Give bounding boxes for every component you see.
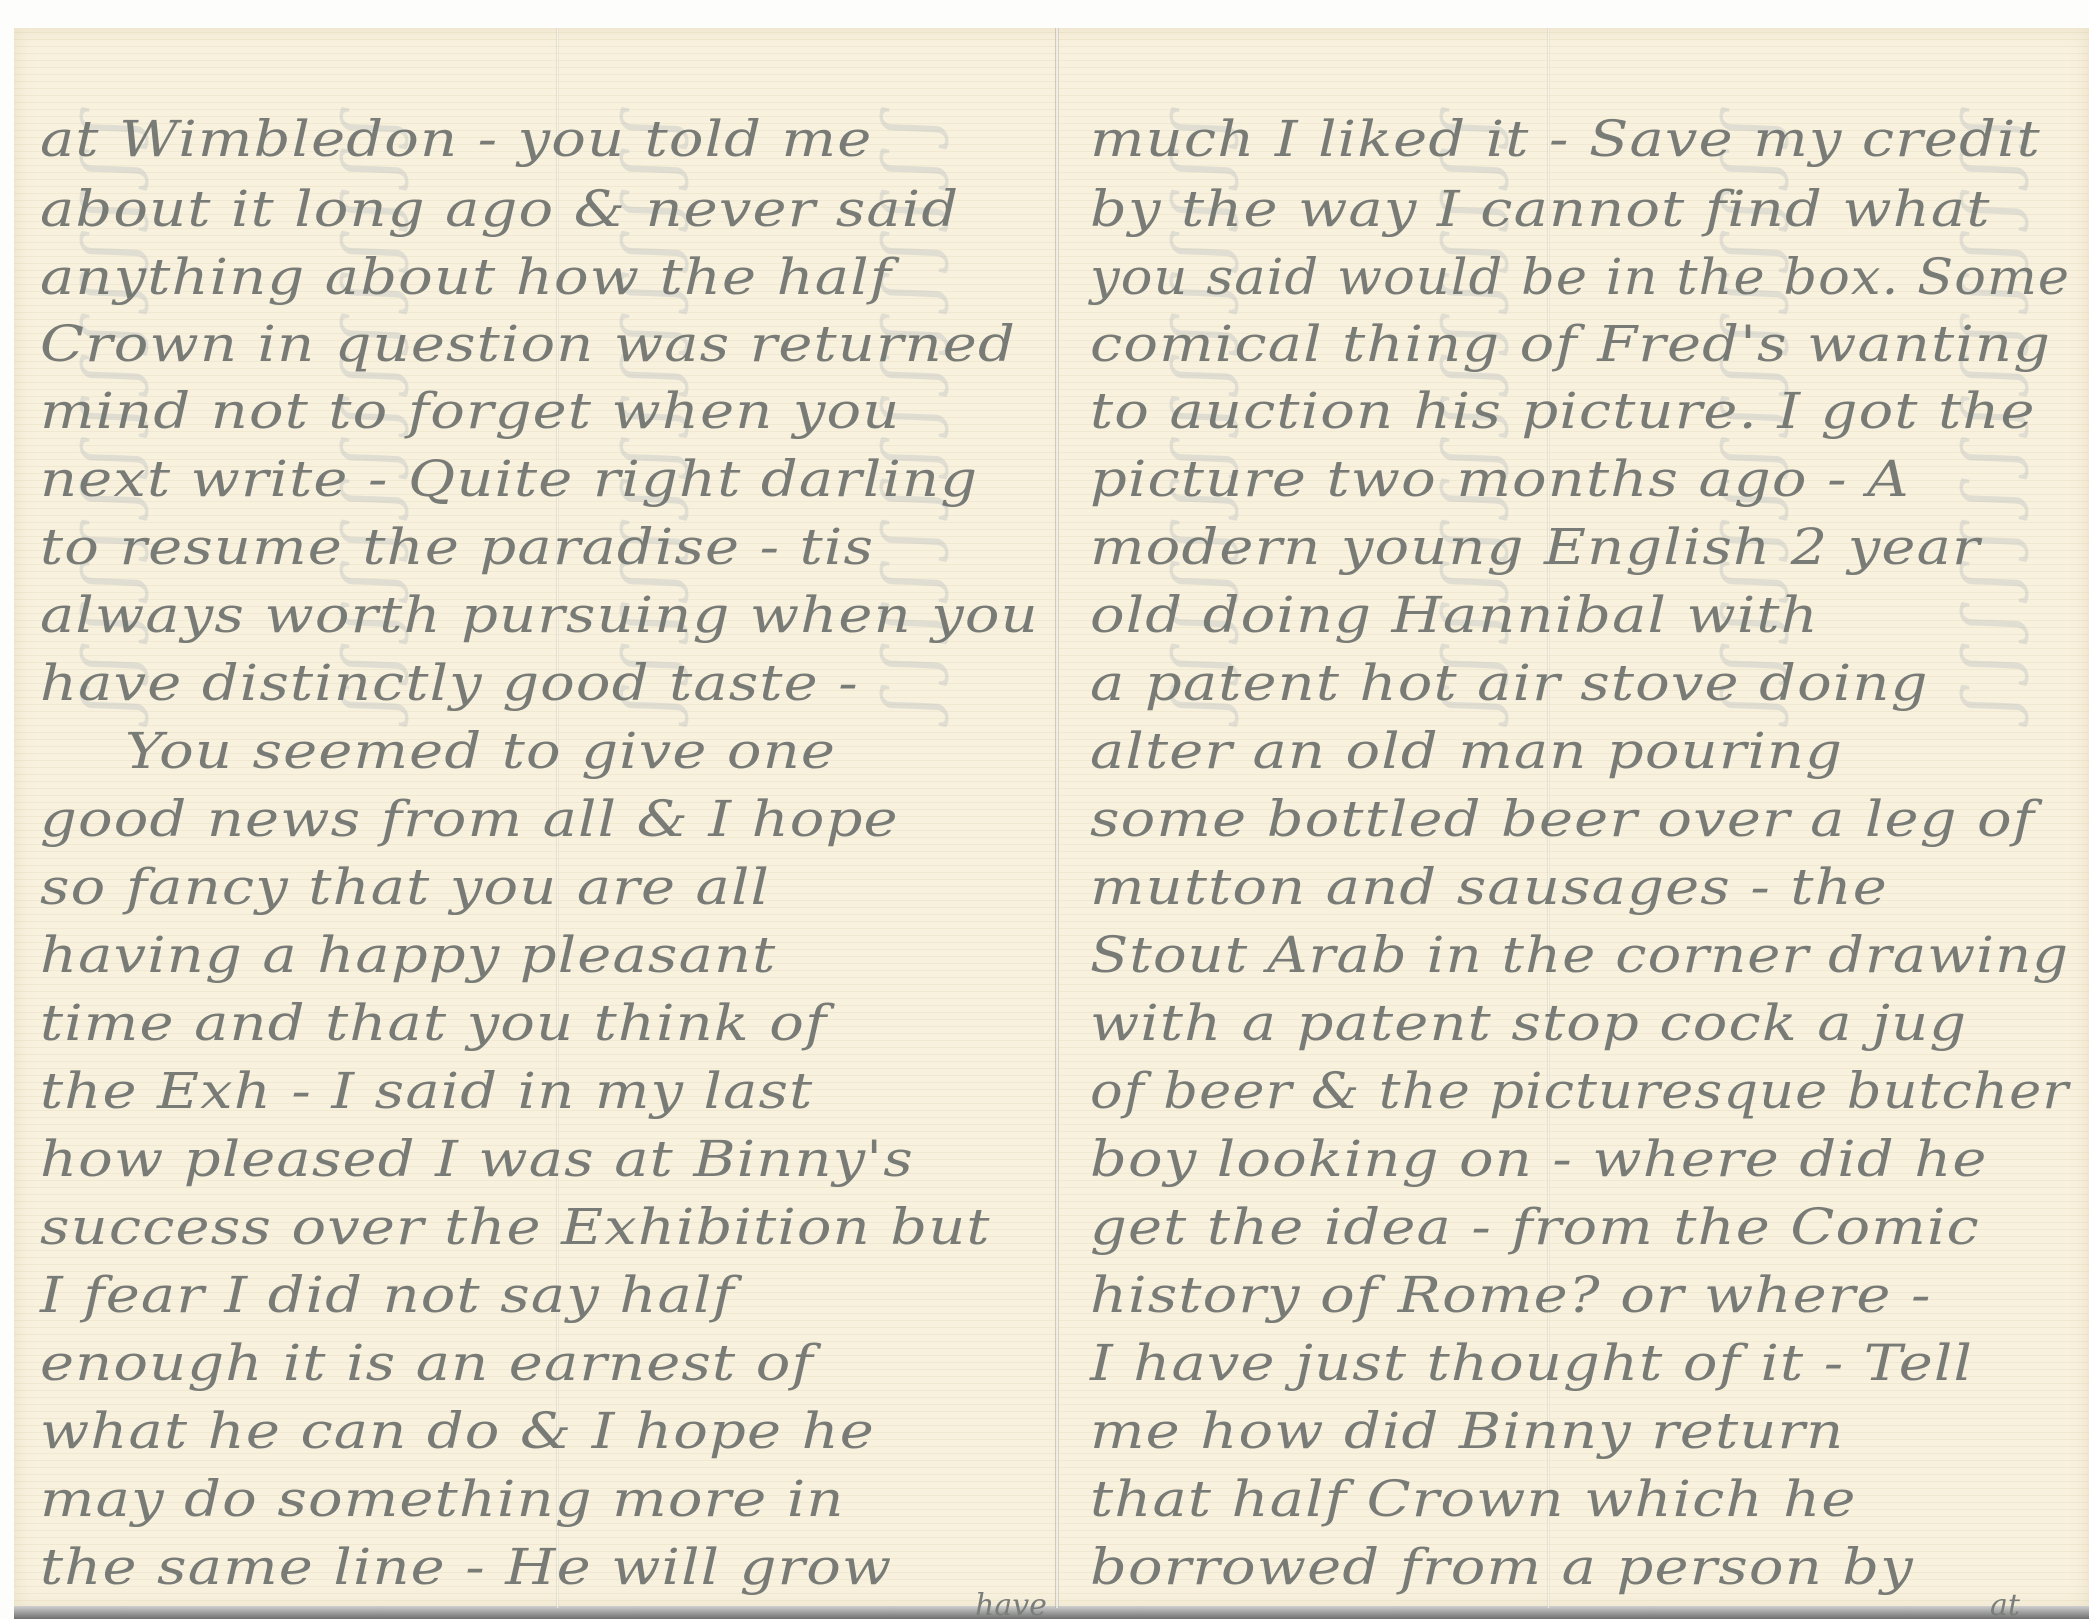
handwritten-line: a patent hot air stove doing (1090, 654, 1929, 712)
handwritten-line: enough it is an earnest of (40, 1334, 814, 1392)
paper-center-fold (1055, 28, 1059, 1608)
scan-bottom-edge (14, 1606, 2089, 1619)
handwritten-line: time and that you think of (40, 994, 827, 1052)
handwritten-line: success over the Exhibition but (40, 1198, 991, 1256)
handwritten-line: old doing Hannibal with (1090, 586, 1819, 644)
handwritten-line: Crown in question was returned (40, 315, 1016, 373)
handwritten-line: next write - Quite right darling (40, 450, 978, 508)
handwritten-line: of beer & the picturesque butcher (1090, 1062, 2069, 1120)
handwritten-line: comical thing of Fred's wanting (1090, 315, 2051, 373)
handwritten-line: boy looking on - where did he (1090, 1130, 1988, 1188)
handwritten-line: at Wimbledon - you told me (40, 110, 872, 168)
handwritten-line: borrowed from a person by (1090, 1538, 1914, 1596)
handwritten-line: by the way I cannot find what (1090, 180, 1991, 238)
handwritten-line: some bottled beer over a leg of (1090, 790, 2035, 848)
handwritten-line: the same line - He will grow (40, 1538, 892, 1596)
handwritten-line: anything about how the half (40, 248, 892, 306)
handwritten-line: get the idea - from the Comic (1090, 1198, 1980, 1256)
handwritten-line: about it long ago & never said (40, 180, 959, 238)
handwritten-line: modern young English 2 year (1090, 518, 1981, 576)
handwritten-line: having a happy pleasant (40, 926, 776, 984)
handwritten-line: that half Crown which he (1090, 1470, 1857, 1528)
handwritten-line: the Exh - I said in my last (40, 1062, 813, 1120)
handwritten-line: I have just thought of it - Tell (1090, 1334, 1973, 1392)
handwritten-line: much I liked it - Save my credit (1090, 110, 2041, 168)
catchword: at (1990, 1588, 2020, 1619)
handwritten-line: good news from all & I hope (40, 790, 899, 848)
handwritten-line: history of Rome? or where - (1090, 1266, 1932, 1324)
handwritten-line: have distinctly good taste - (40, 654, 859, 712)
handwritten-line: you said would be in the box. Some (1090, 248, 2070, 306)
handwritten-line: what he can do & I hope he (40, 1402, 875, 1460)
handwritten-line: mind not to forget when you (40, 382, 900, 440)
handwritten-line: mutton and sausages - the (1090, 858, 1888, 916)
handwritten-line: always worth pursuing when you (40, 586, 1039, 644)
handwritten-line: how pleased I was at Binny's (40, 1130, 914, 1188)
handwritten-line: to resume the paradise - tis (40, 518, 874, 576)
handwritten-line: to auction his picture. I got the (1090, 382, 2036, 440)
handwritten-line: I fear I did not say half (40, 1266, 735, 1324)
handwritten-line: picture two months ago - A (1090, 450, 1910, 508)
catchword: have (975, 1588, 1047, 1619)
handwritten-line: me how did Binny return (1090, 1402, 1844, 1460)
handwritten-line: with a patent stop cock a jug (1090, 994, 1967, 1052)
handwritten-line: You seemed to give one (125, 722, 836, 780)
handwritten-line: so fancy that you are all (40, 858, 770, 916)
handwritten-line: Stout Arab in the corner drawing (1090, 926, 2069, 984)
handwritten-line: alter an old man pouring (1090, 722, 1843, 780)
handwritten-line: may do something more in (40, 1470, 845, 1528)
